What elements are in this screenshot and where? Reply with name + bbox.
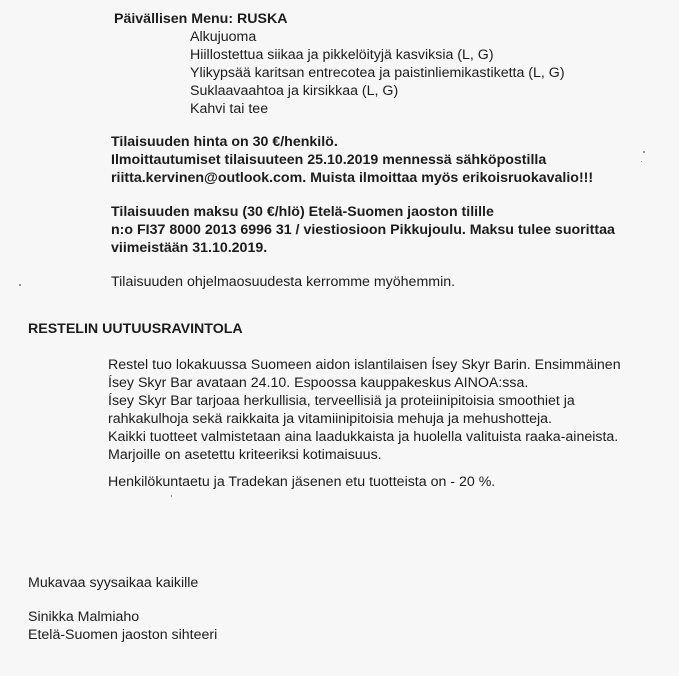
price-text: Tilaisuuden hinta on 30 €/henkilö. bbox=[111, 133, 338, 151]
closing-greeting: Mukavaa syysaikaa kaikille bbox=[28, 574, 198, 592]
payment-account-text: n:o FI37 8000 2013 6996 31 / viestiosioo… bbox=[111, 221, 615, 239]
scan-speck bbox=[641, 161, 642, 162]
payment-deadline-text: viimeistään 31.10.2019. bbox=[111, 239, 267, 257]
restel-line: Ísey Skyr Bar avataan 24.10. Espoossa ka… bbox=[108, 374, 528, 392]
restel-line: rahkakulhoja sekä raikkaita ja vitamiini… bbox=[108, 410, 552, 428]
menu-item: Kahvi tai tee bbox=[190, 100, 268, 118]
scan-speck bbox=[643, 151, 645, 153]
signer-title: Etelä-Suomen jaoston sihteeri bbox=[28, 626, 217, 644]
registration-email-text: riitta.kervinen@outlook.com. Muista ilmo… bbox=[111, 169, 593, 187]
payment-text: Tilaisuuden maksu (30 €/hlö) Etelä-Suome… bbox=[111, 203, 494, 221]
menu-item: Hiillostettua siikaa ja pikkelöityjä kas… bbox=[190, 46, 494, 64]
restel-line: Ísey Skyr Bar tarjoaa herkullisia, terve… bbox=[108, 392, 575, 410]
menu-item: Suklaavaahtoa ja kirsikkaa (L, G) bbox=[190, 82, 398, 100]
signer-name: Sinikka Malmiaho bbox=[28, 608, 139, 626]
program-note: Tilaisuuden ohjelmaosuudesta kerromme my… bbox=[111, 273, 455, 291]
scan-speck bbox=[171, 495, 172, 497]
restel-line: Restel tuo lokakuussa Suomeen aidon isla… bbox=[108, 356, 621, 374]
menu-title: Päivällisen Menu: RUSKA bbox=[114, 10, 287, 28]
registration-deadline-text: Ilmoittautumiset tilaisuuteen 25.10.2019… bbox=[111, 151, 546, 169]
scan-speck bbox=[19, 284, 21, 286]
menu-item: Alkujuoma bbox=[190, 28, 256, 46]
menu-item: Ylikypsää karitsan entrecotea ja paistin… bbox=[190, 64, 565, 82]
restel-line: Kaikki tuotteet valmistetaan aina laaduk… bbox=[108, 428, 618, 446]
discount-text: Henkilökuntaetu ja Tradekan jäsenen etu … bbox=[108, 473, 495, 491]
restel-line: Marjoille on asetettu kriteeriksi kotima… bbox=[108, 446, 382, 464]
restel-heading: RESTELIN UUTUUSRAVINTOLA bbox=[28, 320, 243, 338]
